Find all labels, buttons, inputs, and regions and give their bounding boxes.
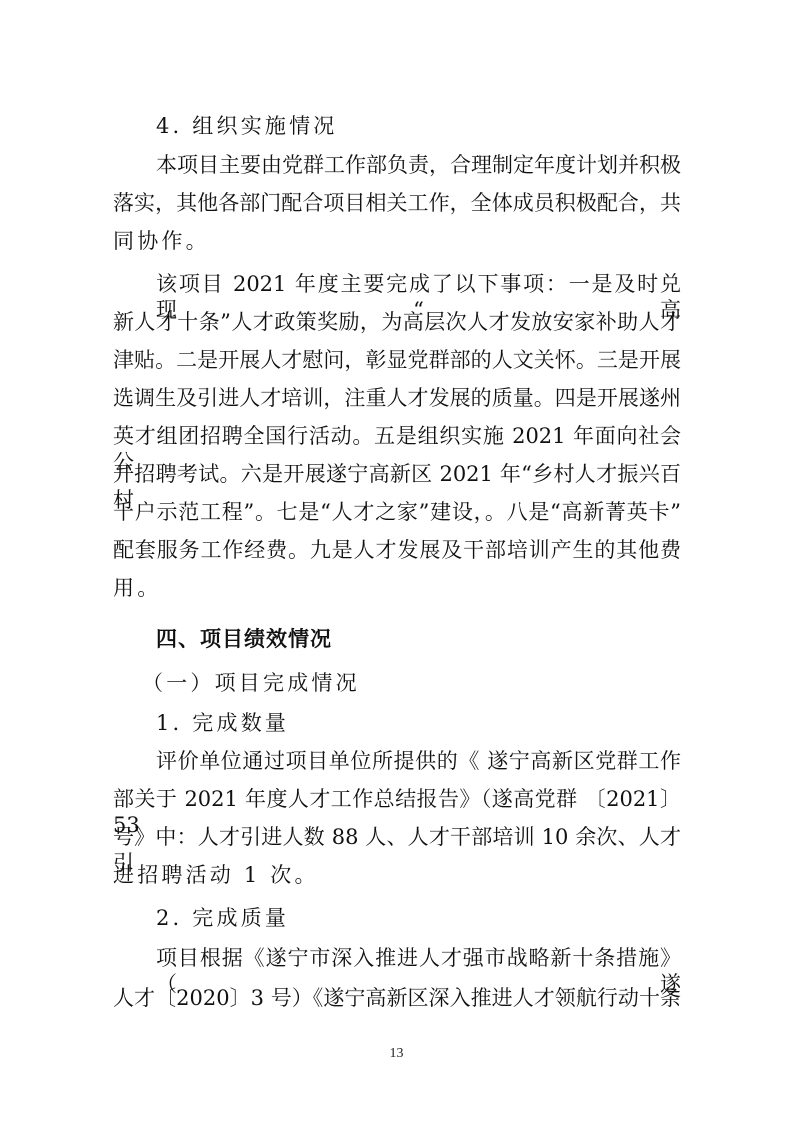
section-heading-performance: 四、项目绩效情况 bbox=[156, 626, 681, 652]
page-number: 13 bbox=[0, 1046, 793, 1062]
paragraph-line: 进招聘活动 1 次。 bbox=[113, 862, 681, 888]
paragraph-line: 配套服务工作经费。九是人才发展及干部培训产生的其他费 bbox=[113, 537, 681, 563]
document-page: 4. 组织实施情况 本项目主要由党群工作部负责，合理制定年度计划并积极 落实，其… bbox=[0, 0, 793, 1122]
paragraph-line: 人才〔2020〕3 号）《遂宁高新区深入推进人才领航行动十条 bbox=[113, 985, 681, 1011]
paragraph-line: 本项目主要由党群工作部负责，合理制定年度计划并积极 bbox=[156, 152, 681, 178]
paragraph-line: 选调生及引进人才培训，注重人才发展的质量。四是开展遂州 bbox=[113, 385, 681, 411]
paragraph-line: 千户示范工程”。七是“人才之家”建设，。八是“高新菁英卡” bbox=[113, 499, 681, 525]
paragraph-line: 用。 bbox=[113, 575, 681, 601]
paragraph-line: 落实，其他各部门配合项目相关工作，全体成员积极配合，共 bbox=[113, 190, 681, 216]
paragraph-line: 评价单位通过项目单位所提供的《 遂宁高新区党群工作 bbox=[156, 748, 681, 774]
paragraph-line: 津贴。二是开展人才慰问，彰显党群部的人文关怀。三是开展 bbox=[113, 347, 681, 373]
paragraph-line: 新人才十条”人才政策奖励，为高层次人才发放安家补助人才 bbox=[113, 309, 681, 335]
paragraph-line: 同协作。 bbox=[113, 228, 681, 254]
subheading-completion: （一）项目完成情况 bbox=[142, 670, 667, 696]
subheading-quantity: 1. 完成数量 bbox=[156, 710, 681, 736]
subheading-organization: 4. 组织实施情况 bbox=[156, 113, 681, 139]
subheading-quality: 2. 完成质量 bbox=[156, 905, 681, 931]
